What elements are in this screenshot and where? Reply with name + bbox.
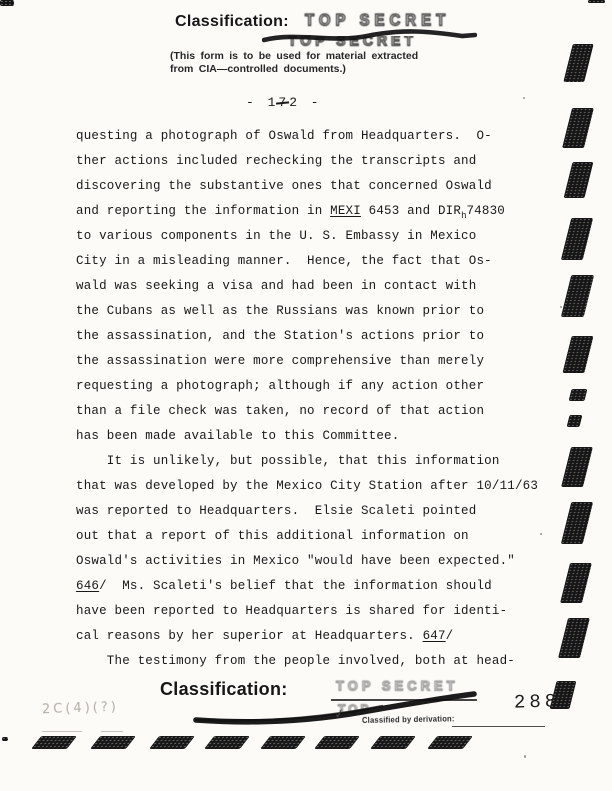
body-text-line: the assassination, and the Station's act… <box>76 327 556 352</box>
body-text-line: The testimony from the people involved, … <box>76 652 556 677</box>
body-text-line: questing a photograph of Oswald from Hea… <box>76 127 556 152</box>
body-text-line: It is unlikely, but possible, that this … <box>76 452 556 477</box>
scan-speckle <box>540 533 542 535</box>
punch-mark-bottom <box>31 736 77 749</box>
body-text-line: was reported to Headquarters. Elsie Scal… <box>76 502 556 527</box>
scan-speckle <box>524 755 526 758</box>
form-usage-note-line2: from CIA—controlled documents.) <box>170 63 432 76</box>
punch-mark-right <box>563 44 593 82</box>
punch-mark-bottom <box>314 736 360 749</box>
body-text-line: to various components in the U. S. Embas… <box>76 227 556 252</box>
punch-mark-bottom <box>260 736 306 749</box>
punch-mark-right-small <box>567 415 583 427</box>
punch-mark-right <box>560 563 592 603</box>
classification-stamp-bottom: TOP SECRET <box>336 677 459 693</box>
classification-label-bottom: Classification: <box>160 679 288 700</box>
body-text-line: that was developed by the Mexico City St… <box>76 477 556 502</box>
punch-mark-right <box>550 681 577 709</box>
body-text-line: City in a misleading manner. Hence, the … <box>76 252 556 277</box>
punch-mark-right <box>564 162 594 198</box>
classification-stamp-top: TOP SECRET <box>305 11 450 29</box>
classification-underline <box>331 699 477 701</box>
body-text-line: than a file check was taken, no record o… <box>76 402 556 427</box>
punch-mark-bottom <box>149 736 195 749</box>
body-text-line: out that a report of this additional inf… <box>76 527 556 552</box>
body-text-line: 646/ Ms. Scaleti's belief that the infor… <box>76 577 556 602</box>
body-text: questing a photograph of Oswald from Hea… <box>76 127 556 677</box>
body-text-line: discovering the substantive ones that co… <box>76 177 556 202</box>
form-usage-note-line1: (This form is to be used for material ex… <box>170 50 432 63</box>
punch-mark-bottom <box>370 736 416 749</box>
punch-mark-right <box>561 502 593 544</box>
body-text-line: ther actions included rechecking the tra… <box>76 152 556 177</box>
classified-by-derivation-label: Classified by derivation: <box>362 714 455 725</box>
document-page: Classification: TOP SECRET TOP SECRET (T… <box>0 0 612 791</box>
punch-mark-right <box>561 275 594 317</box>
pencil-dash-1 <box>42 731 82 732</box>
punch-mark-right-small <box>569 389 588 401</box>
body-text-line: and reporting the information in MEXI 64… <box>76 202 556 227</box>
punch-mark-right <box>561 447 593 487</box>
punch-mark-right <box>562 108 594 148</box>
scan-artifact-top-right <box>588 0 605 3</box>
punch-mark-bottom <box>204 736 250 749</box>
scan-speckle <box>523 97 525 99</box>
classification-label-top: Classification: <box>175 13 289 31</box>
scan-speckle <box>560 306 562 308</box>
body-text-line: requesting a photograph; although if any… <box>76 377 556 402</box>
punch-mark-bottom <box>90 736 136 749</box>
scan-artifact-top-left <box>0 0 14 6</box>
punch-mark-bottom-dot <box>2 737 8 741</box>
derivation-blank-line <box>452 726 545 727</box>
body-text-line: cal reasons by her superior at Headquart… <box>76 627 556 652</box>
body-text-line: the Cubans as well as the Russians was k… <box>76 302 556 327</box>
body-text-line: have been reported to Headquarters is sh… <box>76 602 556 627</box>
body-text-line: the assassination were more comprehensiv… <box>76 352 556 377</box>
body-text-line: has been made available to this Committe… <box>76 427 556 452</box>
form-usage-note: (This form is to be used for material ex… <box>170 50 432 76</box>
handwritten-margin-note: 2C(4)(?) <box>42 700 119 718</box>
punch-mark-right <box>561 218 593 260</box>
pencil-dash-2 <box>101 731 123 732</box>
punch-mark-right <box>558 618 590 658</box>
body-text-line: wald was seeking a visa and had been in … <box>76 277 556 302</box>
body-text-line: Oswald's activities in Mexico "would hav… <box>76 552 556 577</box>
punch-mark-bottom <box>427 736 473 749</box>
punch-mark-right <box>562 336 593 373</box>
